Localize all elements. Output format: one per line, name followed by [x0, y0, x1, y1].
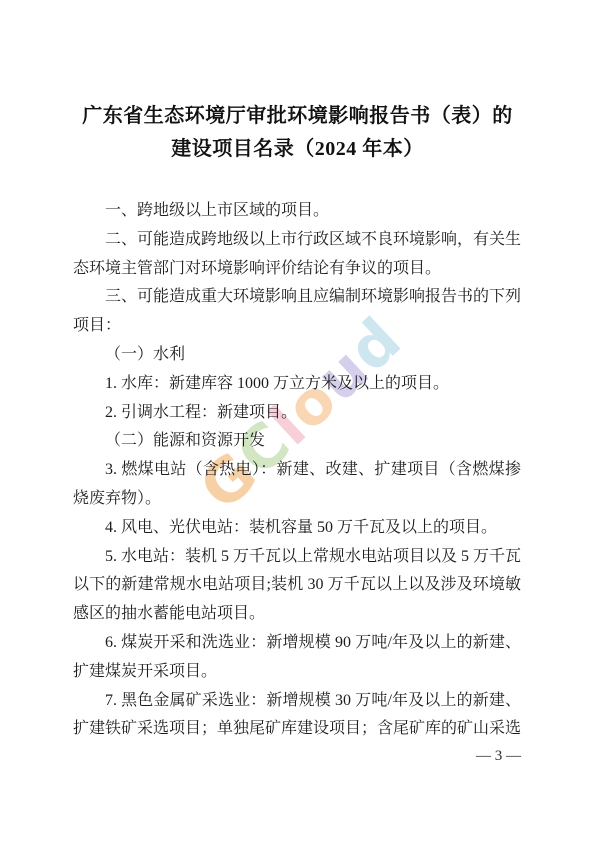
paragraph: 4. 风电、光伏电站：装机容量 50 万千瓦及以上的项目。: [73, 514, 521, 543]
paragraph: 1. 水库：新建库容 1000 万立方米及以上的项目。: [73, 370, 521, 399]
paragraph: 3. 燃煤电站（含热电）：新建、改建、扩建项目（含燃煤掺烧废弃物）。: [73, 456, 521, 514]
paragraph: 5. 水电站：装机 5 万千瓦以上常规水电站项目以及 5 万千瓦以下的新建常规水…: [73, 543, 521, 629]
document-title: 广东省生态环境厅审批环境影响报告书（表）的 建设项目名录（2024 年本）: [0, 100, 595, 166]
page-number: — 3 —: [73, 748, 521, 765]
paragraph: （二）能源和资源开发: [73, 427, 521, 456]
title-line-2: 建设项目名录（2024 年本）: [0, 133, 595, 166]
document-page: GCloud 广东省生态环境厅审批环境影响报告书（表）的 建设项目名录（2024…: [0, 0, 595, 841]
paragraph: 2. 引调水工程：新建项目。: [73, 399, 521, 428]
paragraph: 6. 煤炭开采和洗选业：新增规模 90 万吨/年及以上的新建、扩建煤炭开采项目。: [73, 629, 521, 687]
paragraph: 三、可能造成重大环境影响且应编制环境影响报告书的下列项目：: [73, 283, 521, 341]
paragraph: 7. 黑色金属矿采选业：新增规模 30 万吨/年及以上的新建、扩建铁矿采选项目；…: [73, 687, 521, 745]
document-body: 一、跨地级以上市区域的项目。二、可能造成跨地级以上市行政区域不良环境影响，有关生…: [73, 197, 521, 744]
title-line-1: 广东省生态环境厅审批环境影响报告书（表）的: [0, 100, 595, 133]
paragraph: 一、跨地级以上市区域的项目。: [73, 197, 521, 226]
paragraph: 二、可能造成跨地级以上市行政区域不良环境影响，有关生态环境主管部门对环境影响评价…: [73, 226, 521, 284]
paragraph: （一）水利: [73, 341, 521, 370]
